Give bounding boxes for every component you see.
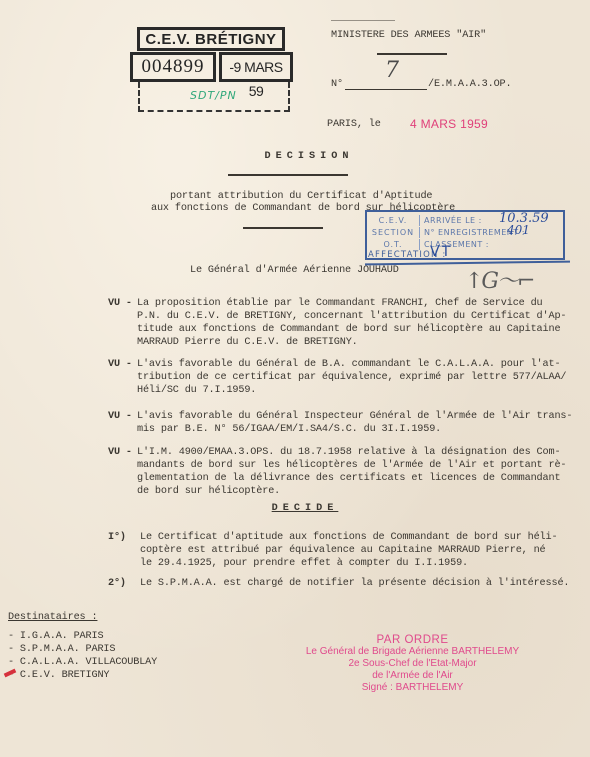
registration-row-section: SECTION: [367, 227, 420, 238]
considerant-1-line-2: P.N. du C.E.V. de BRETIGNY, concernant l…: [137, 310, 566, 323]
signature-signed: Signé : BARTHELEMY: [285, 682, 540, 694]
considerant-1-line-4: MARRAUD Pierre du C.E.V. de BRETIGNY.: [137, 336, 358, 349]
handwritten-signature: ↑G〜⌐: [465, 264, 533, 295]
recipient-item: - I.G.A.A. PARIS: [8, 630, 103, 643]
considerant-4-line-4: de bord sur hélicoptère.: [137, 485, 280, 498]
considerant-3-line-1: L'avis favorable du Général Inspecteur G…: [137, 410, 572, 423]
signature-role: 2e Sous-Chef de l'Etat-Major: [285, 658, 540, 670]
considerant-label: VU -: [108, 410, 132, 423]
affectation-value: VT: [430, 244, 452, 260]
recipient-item: - C.A.L.A.A. VILLACOUBLAY: [8, 656, 157, 669]
registration-row: SECTION N° ENREGISTREMENT :: [367, 227, 563, 238]
considerant-label: VU -: [108, 446, 132, 459]
considerant-2-line-2: tribution de ce certificat par équivalen…: [137, 371, 566, 384]
date-stamp: 4 MARS 1959: [410, 117, 488, 131]
cev-stamp-date: -9 MARS 59: [219, 52, 293, 82]
ministry-header: MINISTERE DES ARMEES "AIR": [331, 29, 486, 42]
considerant-2-line-3: Héli/SC du 7.I.1959.: [137, 384, 256, 397]
considerant-2-line-1: L'avis favorable du Général de B.A. comm…: [137, 358, 560, 371]
subtitle-rule: [243, 227, 323, 229]
signature-organization: de l'Armée de l'Air: [285, 670, 540, 682]
recipients-title: Destinataires :: [8, 611, 97, 624]
registration-row-label: N° ENREGISTREMENT :: [420, 227, 563, 238]
signature-general: Le Général de Brigade Aérienne BARTHELEM…: [285, 646, 540, 658]
general-signatory: Le Général d'Armée Aérienne JOUHAUD: [190, 264, 399, 277]
registration-row-section: C.E.V.: [367, 215, 420, 226]
ministry-underline: [377, 53, 447, 55]
reference-number-line: [345, 89, 427, 90]
considerant-label: VU -: [108, 297, 132, 310]
considerant-label: VU -: [108, 358, 132, 371]
reference-number-handwritten: 7: [385, 58, 399, 83]
considerant-4-line-1: L'I.M. 4900/EMAA.3.OPS. du 18.7.1958 rel…: [137, 446, 560, 459]
considerant-4-line-3: glementation de la délivrance des certif…: [137, 472, 560, 485]
registration-number: 401: [507, 223, 530, 237]
cev-stamp-header: C.E.V. BRÉTIGNY: [137, 27, 285, 51]
recipient-item: - C.E.V. BRETIGNY: [8, 669, 109, 682]
decision-title-rule: [228, 174, 348, 176]
reference-number-prefix: N°: [331, 78, 343, 91]
cev-stamp-handwritten-note: SDT/PN: [190, 89, 237, 102]
registration-row: O.T. CLASSEMENT :: [367, 239, 563, 250]
considerant-3-line-2: mis par B.E. N° 56/IGAA/EM/I.SA4/S.C. du…: [137, 423, 441, 436]
article-2-line-1: Le S.P.M.A.A. est chargé de notifier la …: [140, 577, 569, 590]
reference-number-suffix: /E.M.A.A.3.OP.: [428, 78, 512, 91]
cev-stamp-number: 004899: [130, 52, 216, 82]
considerant-1-line-3: titude aux fonctions de Commandant de bo…: [137, 323, 560, 336]
order-signature-stamp: PAR ORDRE Le Général de Brigade Aérienne…: [285, 634, 540, 694]
recipient-item: - S.P.M.A.A. PARIS: [8, 643, 115, 656]
article-label: 2°): [108, 577, 126, 590]
article-1-line-1: Le Certificat d'aptitude aux fonctions d…: [140, 531, 557, 544]
article-1-line-2: coptère est attribué par équivalence au …: [140, 544, 546, 557]
article-1-line-3: le 29.4.1925, pour prendre effet à compt…: [140, 557, 468, 570]
registration-row-section: O.T.: [367, 239, 420, 250]
document-page: C.E.V. BRÉTIGNY 004899 -9 MARS 59 SDT/PN…: [0, 0, 590, 757]
par-ordre-label: PAR ORDRE: [285, 634, 540, 646]
article-label: I°): [108, 531, 126, 544]
decision-title: DECISION: [0, 150, 590, 163]
place-label: PARIS, le: [327, 118, 381, 131]
considerant-1-line-1: La proposition établie par le Commandant…: [137, 297, 543, 310]
considerant-4-line-2: mandants de bord sur les hélicoptères de…: [137, 459, 566, 472]
ministry-top-dashes: [331, 20, 395, 21]
decide-title: DECIDE: [0, 502, 590, 515]
